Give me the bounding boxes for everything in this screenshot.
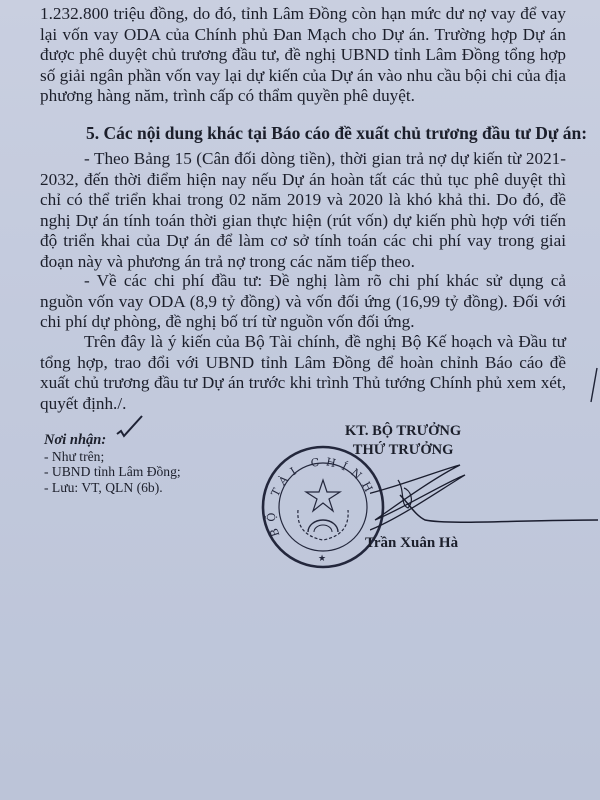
recipient-item: - UBND tỉnh Lâm Đồng; (44, 464, 181, 480)
document-page: 1.232.800 triệu đồng, do đó, tỉnh Lâm Đồ… (0, 0, 600, 800)
signer-name: Trần Xuân Hà (365, 535, 458, 552)
svg-text:★: ★ (318, 553, 326, 563)
handwritten-signature (370, 460, 600, 540)
recipients-title: Nơi nhận: (44, 433, 181, 449)
recipient-item: - Như trên; (44, 449, 181, 465)
paragraph-conclusion: Trên đây là ý kiến của Bộ Tài chính, đề … (40, 332, 566, 414)
official-stamp-icon: BỘ TÀI CHÍNH ★ (258, 440, 388, 575)
svg-text:BỘ TÀI CHÍNH: BỘ TÀI CHÍNH (264, 455, 378, 538)
recipient-item: - Lưu: VT, QLN (6b). (44, 480, 181, 496)
margin-pen-mark (588, 366, 600, 406)
recipients-block: Nơi nhận: - Như trên; - UBND tỉnh Lâm Đồ… (44, 433, 181, 495)
paragraph-borrowing-limit: 1.232.800 triệu đồng, do đó, tỉnh Lâm Đồ… (40, 4, 566, 107)
section-heading: 5. Các nội dung khác tại Báo cáo đề xuất… (86, 123, 587, 144)
checkmark-icon (115, 414, 145, 444)
paragraph-repayment-schedule: - Theo Bảng 15 (Cân đối dòng tiền), thời… (40, 149, 566, 272)
signature-title-line1: KT. BỘ TRƯỞNG (345, 422, 461, 441)
paragraph-investment-costs: - Về các chi phí đầu tư: Đề nghị làm rõ … (40, 271, 566, 333)
